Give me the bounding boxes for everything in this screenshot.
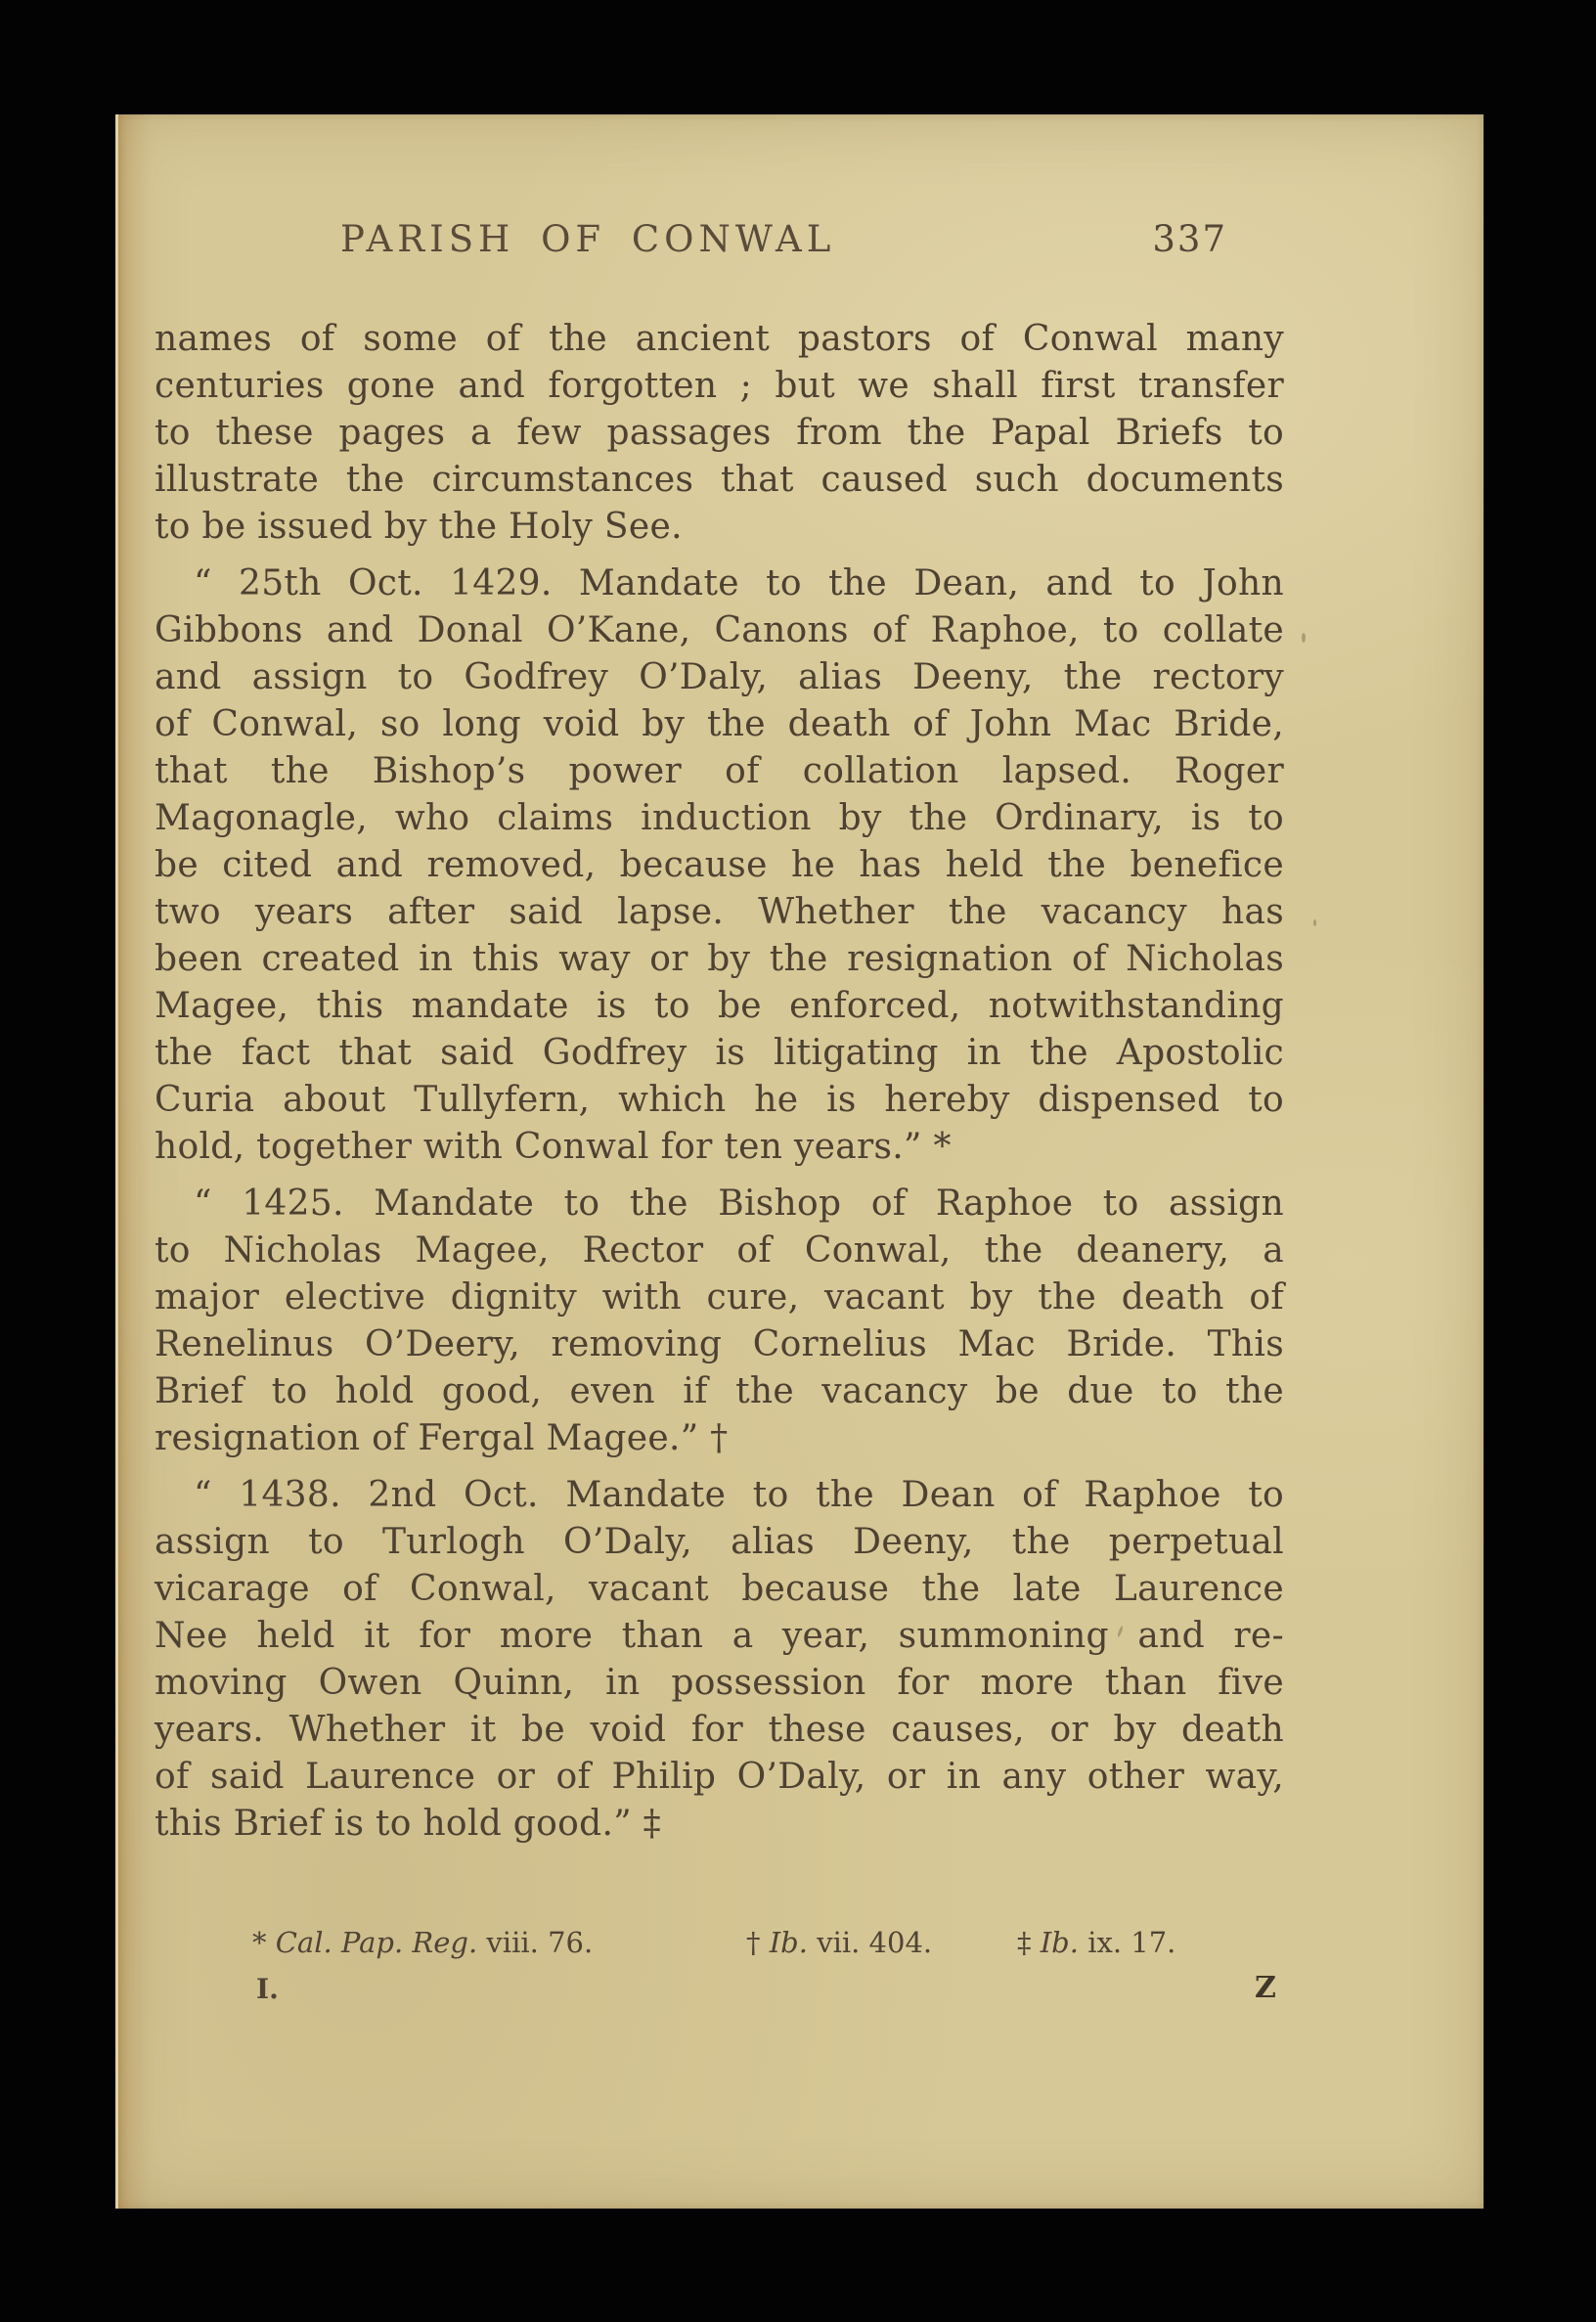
text-line: of said Laurence or of Philip O’Daly, or… [155, 1754, 1284, 1801]
text-line: two years after said lapse. Whether the … [155, 889, 1284, 936]
text-line: Magee, this mandate is to be enforced, n… [155, 983, 1284, 1030]
text-line: to Nicholas Magee, Rector of Conwal, the… [155, 1228, 1284, 1274]
text-line: assign to Turlogh O’Daly, alias Deeny, t… [155, 1519, 1284, 1566]
scanned-book-photo: { "page": { "header": { "title": "PARISH… [0, 0, 1596, 2322]
text-line: the fact that said Godfrey is litigating… [155, 1030, 1284, 1077]
footnote-1-source: Cal. Pap. Reg. [276, 1926, 477, 1959]
text-line: be cited and removed, because he has hel… [155, 842, 1284, 889]
body-text: names of some of the ancient pastors of … [155, 316, 1284, 1848]
text-line: this Brief is to hold good.” ‡ [155, 1801, 1284, 1848]
footnote-3: ‡ Ib. ix. 17. [1017, 1926, 1175, 1959]
text-line: been created in this way or by the resig… [155, 936, 1284, 983]
text-line: Renelinus O’Deery, removing Cornelius Ma… [155, 1321, 1284, 1368]
text-line: Nee held it for more than a year, summon… [155, 1613, 1284, 1660]
running-header-row: PARISH OF CONWAL 337 [155, 218, 1284, 277]
footnote-1-ref: viii. 76. [486, 1926, 593, 1959]
text-line: Brief to hold good, even if the vacancy … [155, 1368, 1284, 1415]
footnotes-row: * Cal. Pap. Reg. viii. 76. † Ib. vii. 40… [252, 1926, 1328, 1965]
text-line: major elective dignity with cure, vacant… [155, 1274, 1284, 1321]
signature-mark-left: I. [256, 1973, 279, 2005]
paragraph: “ 1438. 2nd Oct. Mandate to the Dean of … [155, 1472, 1284, 1848]
footnote-2-ref: vii. 404. [817, 1926, 932, 1959]
text-line: to be issued by the Holy See. [155, 504, 1284, 551]
paper-speck [1313, 919, 1316, 926]
text-line: “ 1425. Mandate to the Bishop of Raphoe … [155, 1181, 1284, 1228]
text-line: hold, together with Conwal for ten years… [155, 1124, 1284, 1171]
running-header-title: PARISH OF CONWAL [340, 218, 835, 260]
footnote-1-marker: * [252, 1926, 267, 1959]
text-line: vicarage of Conwal, vacant because the l… [155, 1566, 1284, 1613]
text-line: Curia about Tullyfern, which he is hereb… [155, 1077, 1284, 1124]
text-line: to these pages a few passages from the P… [155, 410, 1284, 457]
footnote-2-source: Ib. [770, 1926, 808, 1959]
text-line: resignation of Fergal Magee.” † [155, 1415, 1284, 1462]
footnote-2: † Ib. vii. 404. [746, 1926, 932, 1959]
text-line: and assign to Godfrey O’Daly, alias Deen… [155, 654, 1284, 701]
footnote-3-marker: ‡ [1017, 1926, 1032, 1959]
paragraph: “ 1425. Mandate to the Bishop of Raphoe … [155, 1181, 1284, 1462]
text-line: “ 1438. 2nd Oct. Mandate to the Dean of … [155, 1472, 1284, 1519]
paragraph: “ 25th Oct. 1429. Mandate to the Dean, a… [155, 560, 1284, 1171]
footnote-3-source: Ib. [1041, 1926, 1079, 1959]
text-line: names of some of the ancient pastors of … [155, 316, 1284, 363]
text-line: centuries gone and forgotten ; but we sh… [155, 363, 1284, 410]
text-line: moving Owen Quinn, in possession for mor… [155, 1660, 1284, 1707]
text-line: years. Whether it be void for these caus… [155, 1707, 1284, 1754]
text-line: of Conwal, so long void by the death of … [155, 701, 1284, 748]
text-line: Magonagle, who claims induction by the O… [155, 795, 1284, 842]
page-number: 337 [1152, 218, 1227, 260]
paper-speck [1302, 633, 1306, 643]
footnote-3-ref: ix. 17. [1087, 1926, 1175, 1959]
paragraph: names of some of the ancient pastors of … [155, 316, 1284, 551]
footnote-1: * Cal. Pap. Reg. viii. 76. [252, 1926, 593, 1959]
text-line: Gibbons and Donal O’Kane, Canons of Raph… [155, 607, 1284, 654]
text-line: “ 25th Oct. 1429. Mandate to the Dean, a… [155, 560, 1284, 607]
book-page: PARISH OF CONWAL 337 names of some of th… [115, 114, 1484, 2209]
text-line: that the Bishop’s power of collation lap… [155, 748, 1284, 795]
signature-mark-right: Z [1255, 1971, 1276, 2005]
footnote-2-marker: † [746, 1926, 761, 1959]
text-line: illustrate the circumstances that caused… [155, 457, 1284, 504]
